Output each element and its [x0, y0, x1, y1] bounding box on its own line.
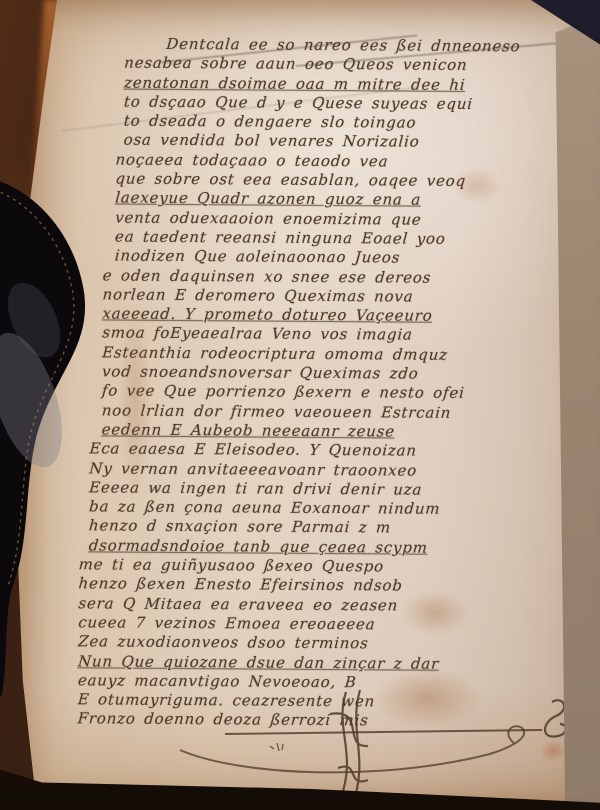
handwritten-text-block: Dentcala ee so nareo ees ßei dnneoneso n… — [76, 34, 581, 732]
manuscript-line: nesabea sobre aaun oeo Queos venicon — [123, 54, 580, 76]
photo-scene: Dentcala ee so nareo ees ßei dnneoneso n… — [0, 0, 600, 810]
manuscript-line: inodizen Que aoleinaoonao Jueos — [114, 247, 579, 270]
leather-object — [0, 150, 120, 710]
figure-eight-glyph — [545, 700, 566, 736]
underline-stroke — [225, 730, 542, 734]
notary-rubric-tangle — [330, 690, 368, 806]
ink-speck — [270, 743, 283, 751]
